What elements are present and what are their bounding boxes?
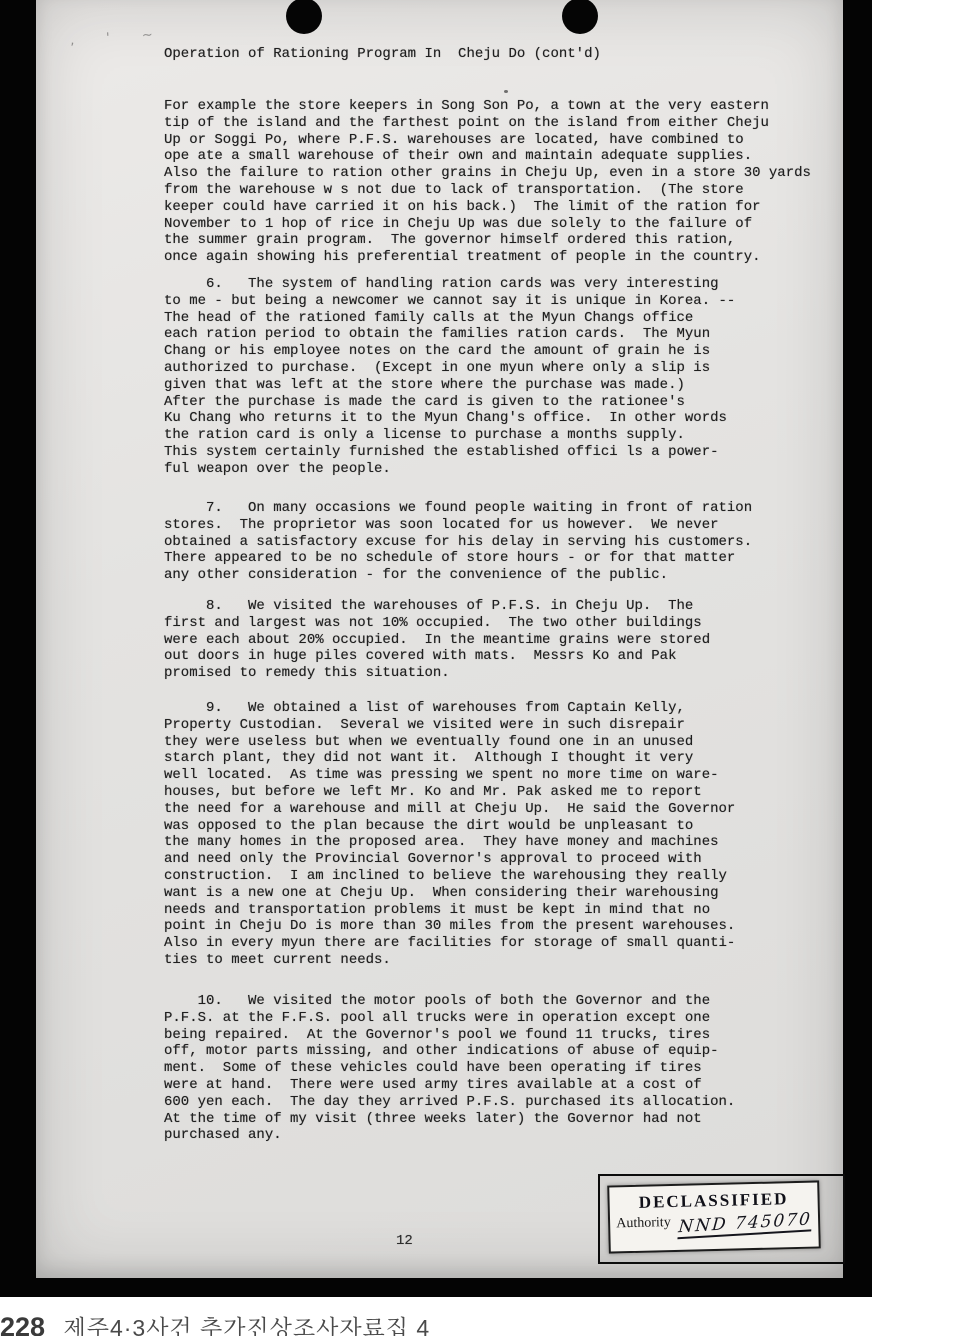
page-heading: Operation of Rationing Program In Cheju … — [164, 46, 601, 63]
authority-label: Authority — [616, 1215, 671, 1231]
declassified-stamp-label: DECLASSIFIED Authority NND 745070 — [607, 1180, 821, 1253]
pencil-marks: , ' ~ — [70, 27, 168, 49]
declassified-stamp: DECLASSIFIED Authority NND 745070 — [598, 1174, 845, 1264]
paragraph-item-6: 6. The system of handling ration cards w… — [164, 276, 735, 478]
document-page: , ' ~ Operation of Rationing Program In … — [36, 0, 843, 1278]
punch-hole-icon — [562, 0, 598, 34]
heading-text: Operation of Rationing Program In Cheju … — [164, 46, 601, 63]
scan-background: , ' ~ Operation of Rationing Program In … — [0, 0, 872, 1297]
authority-line: Authority NND 745070 — [610, 1211, 818, 1238]
scan-speck — [504, 90, 508, 93]
paragraph-item-10: 10. We visited the motor pools of both t… — [164, 993, 735, 1144]
paragraph-item-7: 7. On many occasions we found people wai… — [164, 500, 752, 584]
paragraph-item-8: 8. We visited the warehouses of P.F.S. i… — [164, 598, 710, 682]
page-number: 12 — [396, 1233, 413, 1249]
punch-hole-icon — [286, 0, 322, 34]
book-title-korean: 제주4·3사건 추가진상조사자료집 4 — [64, 1315, 431, 1336]
book-footer-caption: 228 제주4·3사건 추가진상조사자료집 4 — [0, 1310, 430, 1336]
authority-handwritten-value: NND 745070 — [678, 1209, 813, 1239]
paragraph-intro: For example the store keepers in Song So… — [164, 98, 811, 266]
paragraph-item-9: 9. We obtained a list of warehouses from… — [164, 700, 735, 969]
book-page-number: 228 — [0, 1312, 45, 1336]
